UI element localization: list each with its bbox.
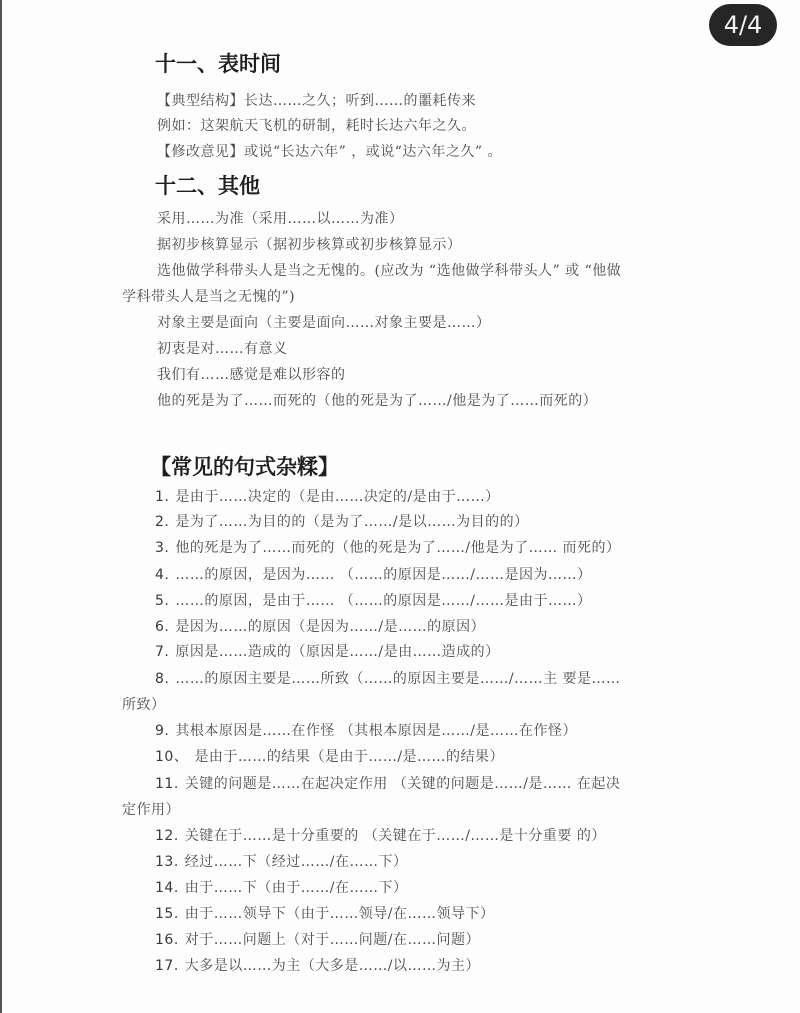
- pattern-item: 16.对于……问题上（对于……问题/在……问题）: [155, 929, 480, 949]
- pattern-item-continuation: 所致）: [122, 694, 166, 714]
- pattern-item: 7.原因是……造成的（原因是……/是由……造成的）: [155, 641, 500, 661]
- pattern-item: 4.……的原因，是因为…… （……的原因是……/……是因为……）: [155, 564, 592, 584]
- patterns-heading: 【常见的句式杂糅】: [150, 451, 339, 481]
- section-12-line: 我们有……感觉是难以形容的: [157, 364, 346, 384]
- section-12-line: 对象主要是面向（主要是面向……对象主要是……）: [157, 312, 491, 332]
- section-11-line: 【典型结构】长达……之久；听到……的噩耗传来: [157, 90, 476, 110]
- pattern-item: 6.是因为……的原因（是因为……/是……的原因）: [155, 616, 485, 636]
- pattern-item-continuation: 定作用）: [122, 799, 180, 819]
- pattern-item: 9.其根本原因是……在作怪 （其根本原因是……/是……在作怪）: [155, 720, 577, 740]
- pattern-item: 15.由于……领导下（由于……领导/在……领导下）: [155, 903, 494, 923]
- section-12-line: 学科带头人是当之无愧的”): [122, 286, 295, 306]
- pattern-item: 17.大多是以……为主（大多是……/以……为主）: [155, 955, 480, 975]
- section-12-line: 他的死是为了……而死的（他的死是为了……/他是为了……而死的）: [157, 390, 597, 410]
- page-indicator-badge: 4/4: [709, 4, 777, 46]
- pattern-item: 13.经过……下（经过……/在……下）: [155, 851, 407, 871]
- page-left-border: [0, 0, 2, 1013]
- section-11-heading: 十一、表时间: [155, 48, 281, 78]
- section-12-line: 初衷是对……有意义: [157, 338, 288, 358]
- section-12-line: 采用……为准（采用……以……为准）: [157, 208, 404, 228]
- section-12-line: 据初步核算显示（据初步核算或初步核算显示）: [157, 234, 462, 254]
- pattern-item: 3.他的死是为了……而死的（他的死是为了……/他是为了…… 而死的）: [155, 537, 621, 557]
- pattern-item: 1.是由于……决定的（是由……决定的/是由于……）: [155, 486, 500, 506]
- pattern-item: 11.关键的问题是……在起决定作用 （关键的问题是……/是…… 在起决: [155, 773, 620, 793]
- section-12-heading: 十二、其他: [155, 170, 260, 200]
- pattern-item: 10、是由于……的结果（是由于……/是……的结果）: [155, 746, 504, 766]
- pattern-item: 2.是为了……为目的的（是为了……/是以……为目的的）: [155, 511, 529, 531]
- pattern-item: 8.……的原因主要是……所致（……的原因主要是……/……主 要是……: [155, 668, 621, 688]
- section-11-line: 例如：这架航天飞机的研制，耗时长达六年之久。: [157, 115, 476, 135]
- pattern-item: 12.关键在于……是十分重要的 （关键在于……/……是十分重要 的）: [155, 825, 606, 845]
- section-12-line: 选他做学科带头人是当之无愧的。(应改为 “选他做学科带头人” 或 “他做: [157, 260, 621, 280]
- pattern-item: 5.……的原因，是由于…… （……的原因是……/……是由于……）: [155, 590, 592, 610]
- pattern-item: 14.由于……下（由于……/在……下）: [155, 877, 407, 897]
- section-11-line: 【修改意见】或说“长达六年” ，或说“达六年之久” 。: [157, 141, 502, 161]
